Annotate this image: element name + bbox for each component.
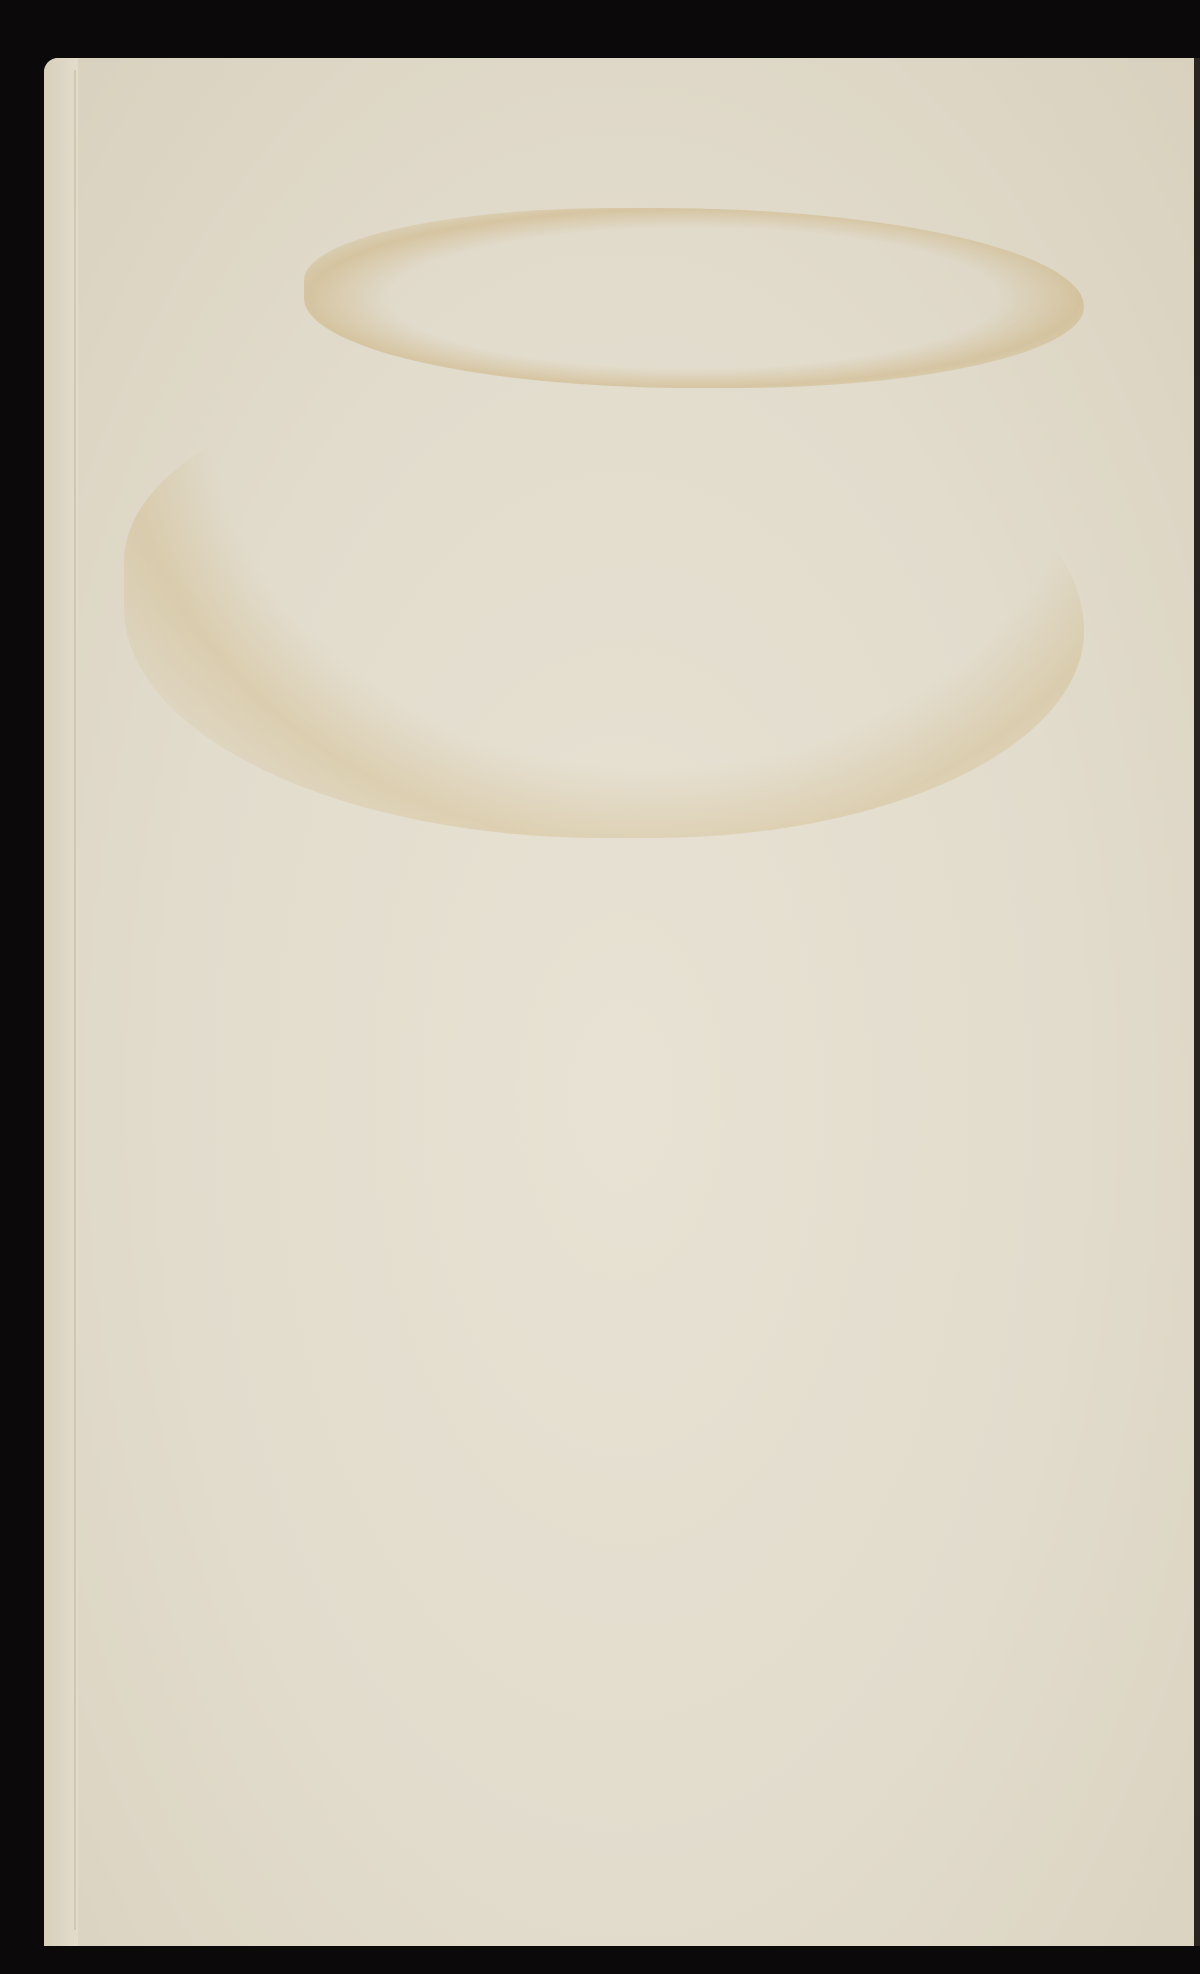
paper-page [44, 58, 1200, 1946]
water-stain-top [304, 208, 1084, 388]
page-fold-edge [44, 58, 78, 1946]
page-inner-edge [74, 70, 76, 1930]
water-stain-large [124, 378, 1084, 838]
adjacent-page-edge [1194, 58, 1200, 1946]
